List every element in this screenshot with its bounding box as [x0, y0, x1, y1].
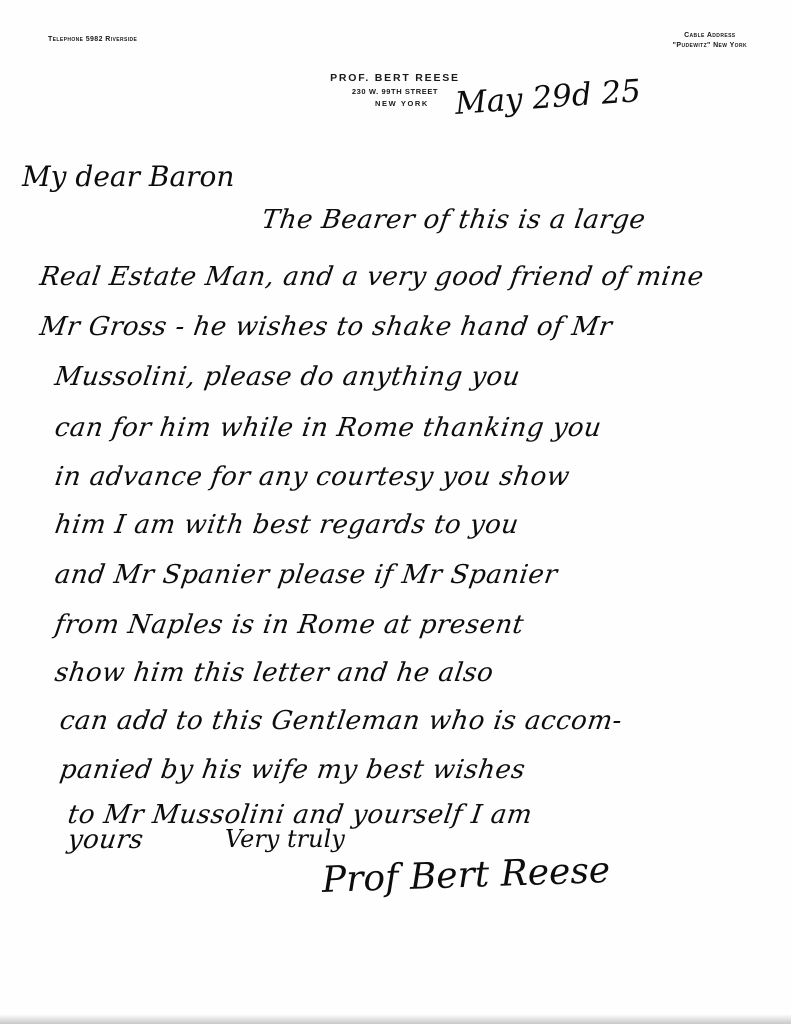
body-line: Mr Gross - he wishes to shake hand of Mr	[38, 312, 614, 342]
body-line: from Naples is in Rome at present	[53, 610, 526, 640]
body-line: yours	[66, 825, 146, 855]
body-line: Mussolini, please do anything you	[53, 362, 522, 392]
body-line: and Mr Spanier please if Mr Spanier	[53, 560, 559, 590]
body-line: him I am with best regards to you	[53, 510, 521, 540]
body-line: in advance for any courtesy you show	[53, 462, 572, 492]
body-line: The Bearer of this is a large	[260, 205, 648, 235]
letter-closing: Very truly	[225, 825, 345, 853]
letter-salutation: My dear Baron	[22, 160, 234, 193]
body-line: panied by his wife my best wishes	[58, 755, 527, 785]
letterhead-cable-address: Cable Address "Pudewitz" New York	[673, 31, 747, 51]
letterhead-masthead: PROF. BERT REESE 230 W. 99TH STREET NEW …	[320, 72, 470, 108]
letter-page: Telephone 5982 Riverside Cable Address "…	[0, 0, 791, 1024]
body-line: Real Estate Man, and a very good friend …	[38, 262, 706, 292]
letter-date: May 29d 25	[454, 73, 642, 122]
body-line: can for him while in Rome thanking you	[53, 413, 604, 443]
cable-address-value: "Pudewitz" New York	[673, 41, 747, 51]
body-line: can add to this Gentleman who is accom-	[58, 706, 624, 736]
letterhead-name: PROF. BERT REESE	[320, 72, 470, 84]
letterhead-telephone: Telephone 5982 Riverside	[48, 36, 137, 43]
body-line: show him this letter and he also	[53, 658, 496, 688]
cable-address-label: Cable Address	[673, 31, 747, 41]
letterhead-city: NEW YORK	[334, 99, 470, 108]
page-bottom-edge	[0, 1014, 791, 1024]
letter-signature: Prof Bert Reese	[321, 850, 611, 901]
letterhead-street: 230 W. 99TH STREET	[320, 87, 470, 96]
